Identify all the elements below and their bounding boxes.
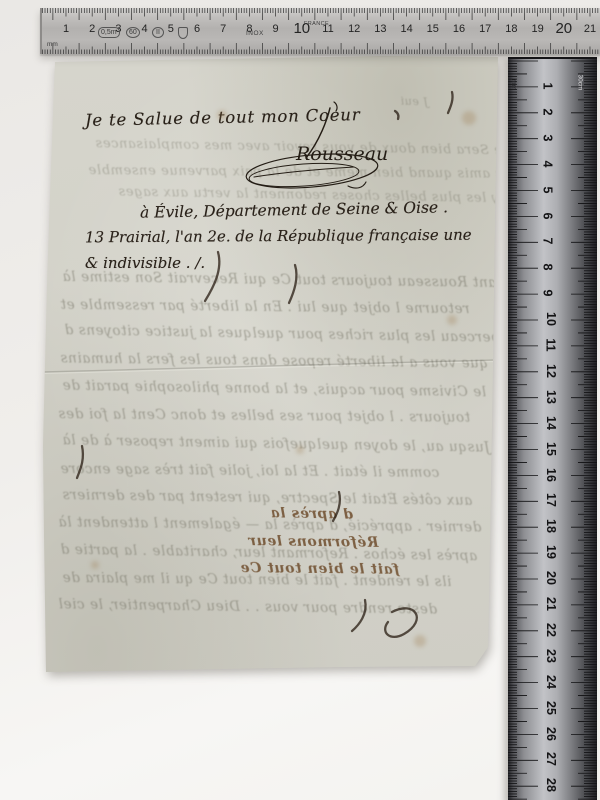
vruler-number: 20 — [544, 571, 558, 585]
vruler-number: 13 — [544, 390, 558, 404]
hruler-number: 7 — [220, 23, 226, 35]
vruler-number: 26 — [544, 727, 558, 741]
vruler-number: 14 — [544, 416, 558, 430]
vruler-number: 7 — [540, 238, 554, 245]
fold-crease-highlight — [42, 362, 493, 374]
vruler-number: 27 — [544, 752, 558, 766]
ink-bleed-stroke — [385, 608, 417, 637]
shield-verification-icon — [178, 27, 188, 39]
vruler-number: 15 — [544, 442, 558, 456]
hruler-number: 5 — [168, 23, 174, 35]
hruler-number: 12 — [348, 23, 360, 35]
letter-paper-shadow: J euiil me Sera bien doux de vous revoir… — [42, 55, 500, 675]
signature-apostrophe — [334, 102, 337, 111]
hruler-number: 17 — [479, 23, 491, 35]
hruler-number: 20 — [555, 20, 572, 37]
vruler-number: 17 — [544, 493, 558, 507]
signature-flourish: Rousseau — [230, 100, 410, 205]
photo-backdrop: J euiil me Sera bien doux de vous revoir… — [0, 0, 600, 800]
ink-bleed-stroke — [352, 600, 366, 631]
foxing-spot — [91, 561, 99, 569]
hruler-number: 13 — [374, 23, 386, 35]
ink-bleed-stroke — [333, 492, 340, 521]
vruler-number: 11 — [544, 338, 558, 351]
ink-bleed-stroke — [205, 252, 219, 301]
hruler-number: 9 — [273, 23, 279, 35]
vruler-number: 4 — [540, 160, 554, 167]
vruler-number: 10 — [544, 312, 558, 326]
foxing-spot — [447, 315, 457, 325]
paraph-tail — [348, 182, 366, 188]
vruler-number: 12 — [544, 364, 558, 378]
mm-unit-label: mm — [47, 41, 58, 48]
inox-label: INOX — [246, 29, 264, 38]
vruler-number: 25 — [544, 701, 558, 715]
vertical-ruler: 1234567891011121314151617181920212223242… — [508, 57, 597, 800]
foxing-spot — [414, 635, 426, 647]
france-label: FRANCE — [304, 20, 329, 29]
vruler-number: 2 — [540, 108, 554, 115]
vruler-number: 6 — [540, 212, 554, 219]
signature-text: Rousseau — [295, 143, 388, 165]
indivisible-line-text: & indivisible . /. — [85, 254, 205, 272]
vruler-number: 16 — [544, 468, 558, 482]
foxing-spot — [296, 446, 304, 454]
fold-crease — [42, 360, 493, 372]
class-two-certification-mark: II — [152, 27, 164, 38]
foxing-spot — [462, 111, 476, 125]
vruler-number: 24 — [544, 675, 558, 689]
hruler-number: 19 — [531, 23, 543, 35]
vruler-number: 5 — [540, 186, 554, 193]
ruler-length-label: 30cm — [576, 75, 583, 91]
vruler-number: 28 — [544, 778, 558, 792]
mm-unit-label: mm — [510, 79, 517, 90]
hruler-number: 15 — [427, 23, 439, 35]
hruler-number: 18 — [505, 23, 517, 35]
horizontal-ruler: 123456789101112131415161718192021 0,5m 6… — [40, 8, 600, 54]
vruler-number: 9 — [540, 290, 554, 297]
vruler-number: 22 — [544, 623, 558, 637]
vruler-number: 3 — [540, 134, 554, 141]
vruler-number: 18 — [544, 519, 558, 533]
vruler-number: 21 — [544, 597, 558, 611]
foxing-spot — [217, 110, 227, 120]
hruler-number: 2 — [89, 23, 95, 35]
hruler-number: 16 — [453, 23, 465, 35]
ink-bleed-stroke — [77, 446, 83, 478]
hruler-number: 1 — [63, 23, 69, 35]
vruler-number: 1 — [540, 83, 554, 90]
hruler-number: 4 — [142, 23, 148, 35]
letter-paper: J euiil me Sera bien doux de vous revoir… — [42, 55, 500, 675]
ink-bleed-stroke — [289, 265, 296, 303]
vruler-number: 8 — [540, 264, 554, 271]
date-line-text: 13 Prairial, l'an 2e. de la République f… — [85, 226, 472, 247]
vruler-number: 23 — [544, 649, 558, 663]
hruler-number: 6 — [194, 23, 200, 35]
hruler-number: 14 — [400, 23, 412, 35]
vruler-number: 19 — [544, 545, 558, 559]
hruler-number: 21 — [584, 23, 596, 35]
sixty-certification-mark: 60 — [126, 27, 140, 38]
ink-bleed-stroke — [448, 92, 453, 113]
half-meter-certification-mark: 0,5m — [98, 27, 120, 38]
